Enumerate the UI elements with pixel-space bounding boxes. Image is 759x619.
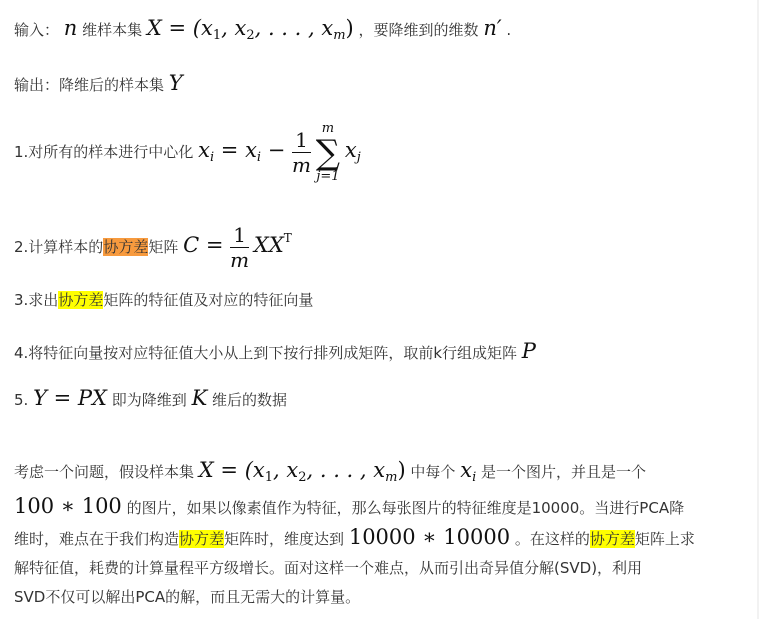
math-K: K <box>192 386 208 410</box>
step-5-number: 5. <box>14 391 28 409</box>
para-line-1: 考虑一个问题，假设样本集 X = (x1, x2, . . . , xm) 中每… <box>14 456 734 492</box>
highlight-covariance: 协方差 <box>179 530 224 548</box>
para-line-5: SVD不仅可以解出PCA的解，而且无需大的计算量。 <box>14 583 734 612</box>
step-1-text: 1.对所有的样本进行中心化 <box>14 143 193 161</box>
math-Y-eq-PX: Y = PX <box>33 386 107 410</box>
step-5: 5. Y = PX 即为降维到 K 维后的数据 <box>14 386 287 412</box>
input-line: 输入： n 维样本集 X = (x1, x2, . . . , xm) ，要降维… <box>14 16 511 48</box>
math-sample-set: X = (x1, x2, . . . , xm) <box>147 16 354 40</box>
step-4-text: 4.将特征向量按对应特征值大小从上到下按行排列成矩阵，取前k行组成矩阵 <box>14 344 517 362</box>
input-label: 输入： <box>14 21 59 39</box>
math-Y: Y <box>169 71 183 95</box>
math-C: C = <box>183 233 230 257</box>
input-text-2: ，要降维到的维数 <box>359 21 479 39</box>
step-2: 2.计算样本的协方差矩阵 C = 1m XXT <box>14 210 292 275</box>
math-P: P <box>522 339 536 363</box>
output-line: 输出：降维后的样本集 Y <box>14 71 183 97</box>
fraction-1-over-m: 1m <box>292 128 311 177</box>
step-5-text: 即为降维到 <box>112 391 187 409</box>
para-line-4: 解特征值，耗费的计算量程平方级增长。面对这样一个难点，从而引出奇异值分解(SVD… <box>14 554 734 583</box>
input-text: 维样本集 <box>82 21 142 39</box>
discussion-paragraph: 考虑一个问题，假设样本集 X = (x1, x2, . . . , xm) 中每… <box>14 456 734 612</box>
math-100x100: 100 ∗ 100 <box>14 494 122 518</box>
math-nprime: n′ <box>483 16 501 40</box>
step-2-text: 2.计算样本的 <box>14 238 103 256</box>
fraction-1-over-m: 1m <box>230 223 249 272</box>
math-xi: xi <box>460 458 476 482</box>
highlight-covariance: 协方差 <box>590 530 635 548</box>
para-line-3: 维时，难点在于我们构造协方差矩阵时，维度达到 10000 ∗ 10000 。在这… <box>14 523 734 554</box>
highlight-covariance: 协方差 <box>103 238 148 256</box>
step-4: 4.将特征向量按对应特征值大小从上到下按行排列成矩阵，取前k行组成矩阵 P <box>14 339 536 365</box>
math-centering: xi = xi − <box>198 138 292 162</box>
step-1: 1.对所有的样本进行中心化 xi = xi − 1m m∑j=1 xj <box>14 118 361 190</box>
step-2-text-post: 矩阵 <box>148 238 178 256</box>
step-3-text-post: 矩阵的特征值及对应的特征向量 <box>103 291 313 309</box>
step-3: 3.求出协方差矩阵的特征值及对应的特征向量 <box>14 288 313 312</box>
period: . <box>506 21 511 39</box>
summation: m∑j=1 <box>316 122 340 184</box>
math-sample-set: X = (x1, x2, . . . , xm) <box>199 458 406 482</box>
math-10000x10000: 10000 ∗ 10000 <box>349 525 510 549</box>
step-5-text-post: 维后的数据 <box>212 391 287 409</box>
math-XXT: XXT <box>254 233 292 257</box>
step-3-text: 3.求出 <box>14 291 58 309</box>
output-label: 输出：降维后的样本集 <box>14 76 164 94</box>
math-n: n <box>64 16 78 40</box>
math-xj: xj <box>345 138 361 162</box>
highlight-covariance: 协方差 <box>58 291 103 309</box>
para-line-2: 100 ∗ 100 的图片，如果以像素值作为特征，那么每张图片的特征维度是100… <box>14 492 734 523</box>
